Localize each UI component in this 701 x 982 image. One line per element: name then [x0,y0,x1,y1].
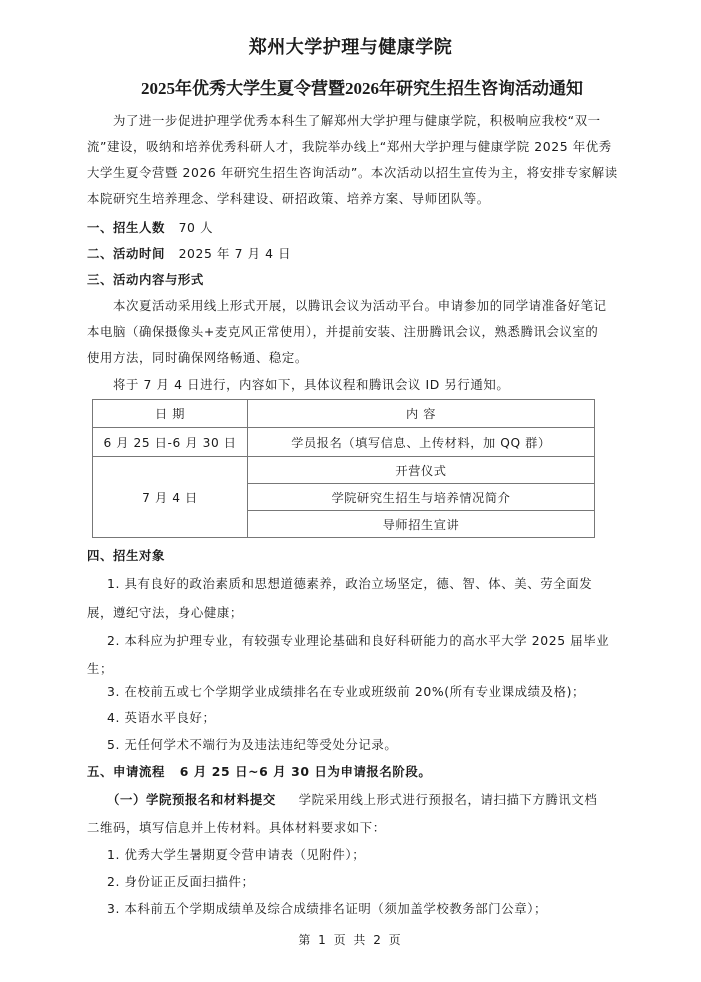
criteria-item: 5. 无任何学术不端行为及违法违纪等受处分记录。 [87,737,629,753]
content-cell: 导师招生宣讲 [248,511,595,538]
intro-line: 流”建设，吸纳和培养优秀科研人才，我院举办线上“郑州大学护理与健康学院 2025… [87,139,609,155]
content-cell: 学院研究生招生与培养情况简介 [248,484,595,511]
section-heading: 三、活动内容与形式 [87,272,609,288]
column-header-date: 日 期 [93,400,248,428]
material-item: 2. 身份证正反面扫描件； [87,874,629,890]
material-item: 3. 本科前五个学期成绩单及综合成绩排名证明（须加盖学校教务部门公章）； [87,901,629,917]
table-row: 6 月 25 日-6 月 30 日 学员报名（填写信息、上传材料，加 QQ 群） [93,428,595,457]
date-cell: 6 月 25 日-6 月 30 日 [93,428,248,457]
subsection-text: 二维码，填写信息并上传材料。具体材料要求如下： [87,820,609,836]
content-cell: 学员报名（填写信息、上传材料，加 QQ 群） [248,428,595,457]
column-header-content: 内 容 [248,400,595,428]
criteria-item: 生； [87,661,609,677]
subsection-preregistration: （一）学院预报名和材料提交 学院采用线上形式进行预报名，请扫描下方腾讯文档 [87,792,629,808]
section-text-line: 使用方法，同时确保网络畅通、稳定。 [87,350,609,366]
activity-date: 2025 年 7 月 4 日 [179,246,292,261]
table-header-row: 日 期 内 容 [93,400,595,428]
page-number: 第 1 页 共 2 页 [0,931,701,948]
criteria-item: 展，遵纪守法，身心健康； [87,605,609,621]
subsection-text: 学院采用线上形式进行预报名，请扫描下方腾讯文档 [299,792,598,807]
material-item: 1. 优秀大学生暑期夏令营申请表（见附件）； [87,847,629,863]
subsection-heading: （一）学院预报名和材料提交 [107,792,276,807]
content-cell: 开营仪式 [248,457,595,484]
criteria-item: 3. 在校前五或七个学期学业成绩排名在专业或班级前 20%(所有专业课成绩及格)… [87,684,629,700]
application-period: 6 月 25 日~6 月 30 日为申请报名阶段。 [180,764,432,779]
criteria-item: 4. 英语水平良好； [87,710,629,726]
section-text-line: 本次夏活动采用线上形式开展，以腾讯会议为活动平台。申请参加的同学请准备好笔记 [87,298,635,314]
section-enrollment: 一、招生人数 70 人 [87,220,609,236]
table-intro: 将于 7 月 4 日进行，内容如下，具体议程和腾讯会议 ID 另行通知。 [87,377,635,393]
table-row: 7 月 4 日 开营仪式 [93,457,595,484]
section-heading: 五、申请流程 [87,764,165,779]
intro-line: 为了进一步促进护理学优秀本科生了解郑州大学护理与健康学院，积极响应我校“双一 [87,113,635,129]
notice-title: 2025年优秀大学生夏令营暨2026年研究生招生咨询活动通知 [92,74,632,99]
enrollment-count: 70 人 [179,220,214,235]
criteria-item: 2. 本科应为护理专业，有较强专业理论基础和良好科研能力的高水平大学 2025 … [87,633,629,649]
document-page: 郑州大学护理与健康学院 2025年优秀大学生夏令营暨2026年研究生招生咨询活动… [0,0,701,982]
intro-line: 本院研究生培养理念、学科建设、研招政策、培养方案、导师团队等。 [87,191,609,207]
criteria-item: 1. 具有良好的政治素质和思想道德素养，政治立场坚定，德、智、体、美、劳全面发 [87,576,629,592]
section-text-line: 本电脑（确保摄像头+麦克风正常使用），并提前安装、注册腾讯会议，熟悉腾讯会议室的 [87,324,609,340]
intro-line: 大学生夏令营暨 2026 年研究生招生咨询活动”。本次活动以招生宣传为主，将安排… [87,165,609,181]
section-heading: 一、招生人数 [87,220,165,235]
section-heading: 二、活动时间 [87,246,165,261]
section-application-process: 五、申请流程 6 月 25 日~6 月 30 日为申请报名阶段。 [87,764,609,780]
date-cell: 7 月 4 日 [93,457,248,538]
section-activity-time: 二、活动时间 2025 年 7 月 4 日 [87,246,609,262]
section-heading: 四、招生对象 [87,548,609,564]
schedule-table: 日 期 内 容 6 月 25 日-6 月 30 日 学员报名（填写信息、上传材料… [92,399,595,538]
institution-title: 郑州大学护理与健康学院 [0,33,701,59]
